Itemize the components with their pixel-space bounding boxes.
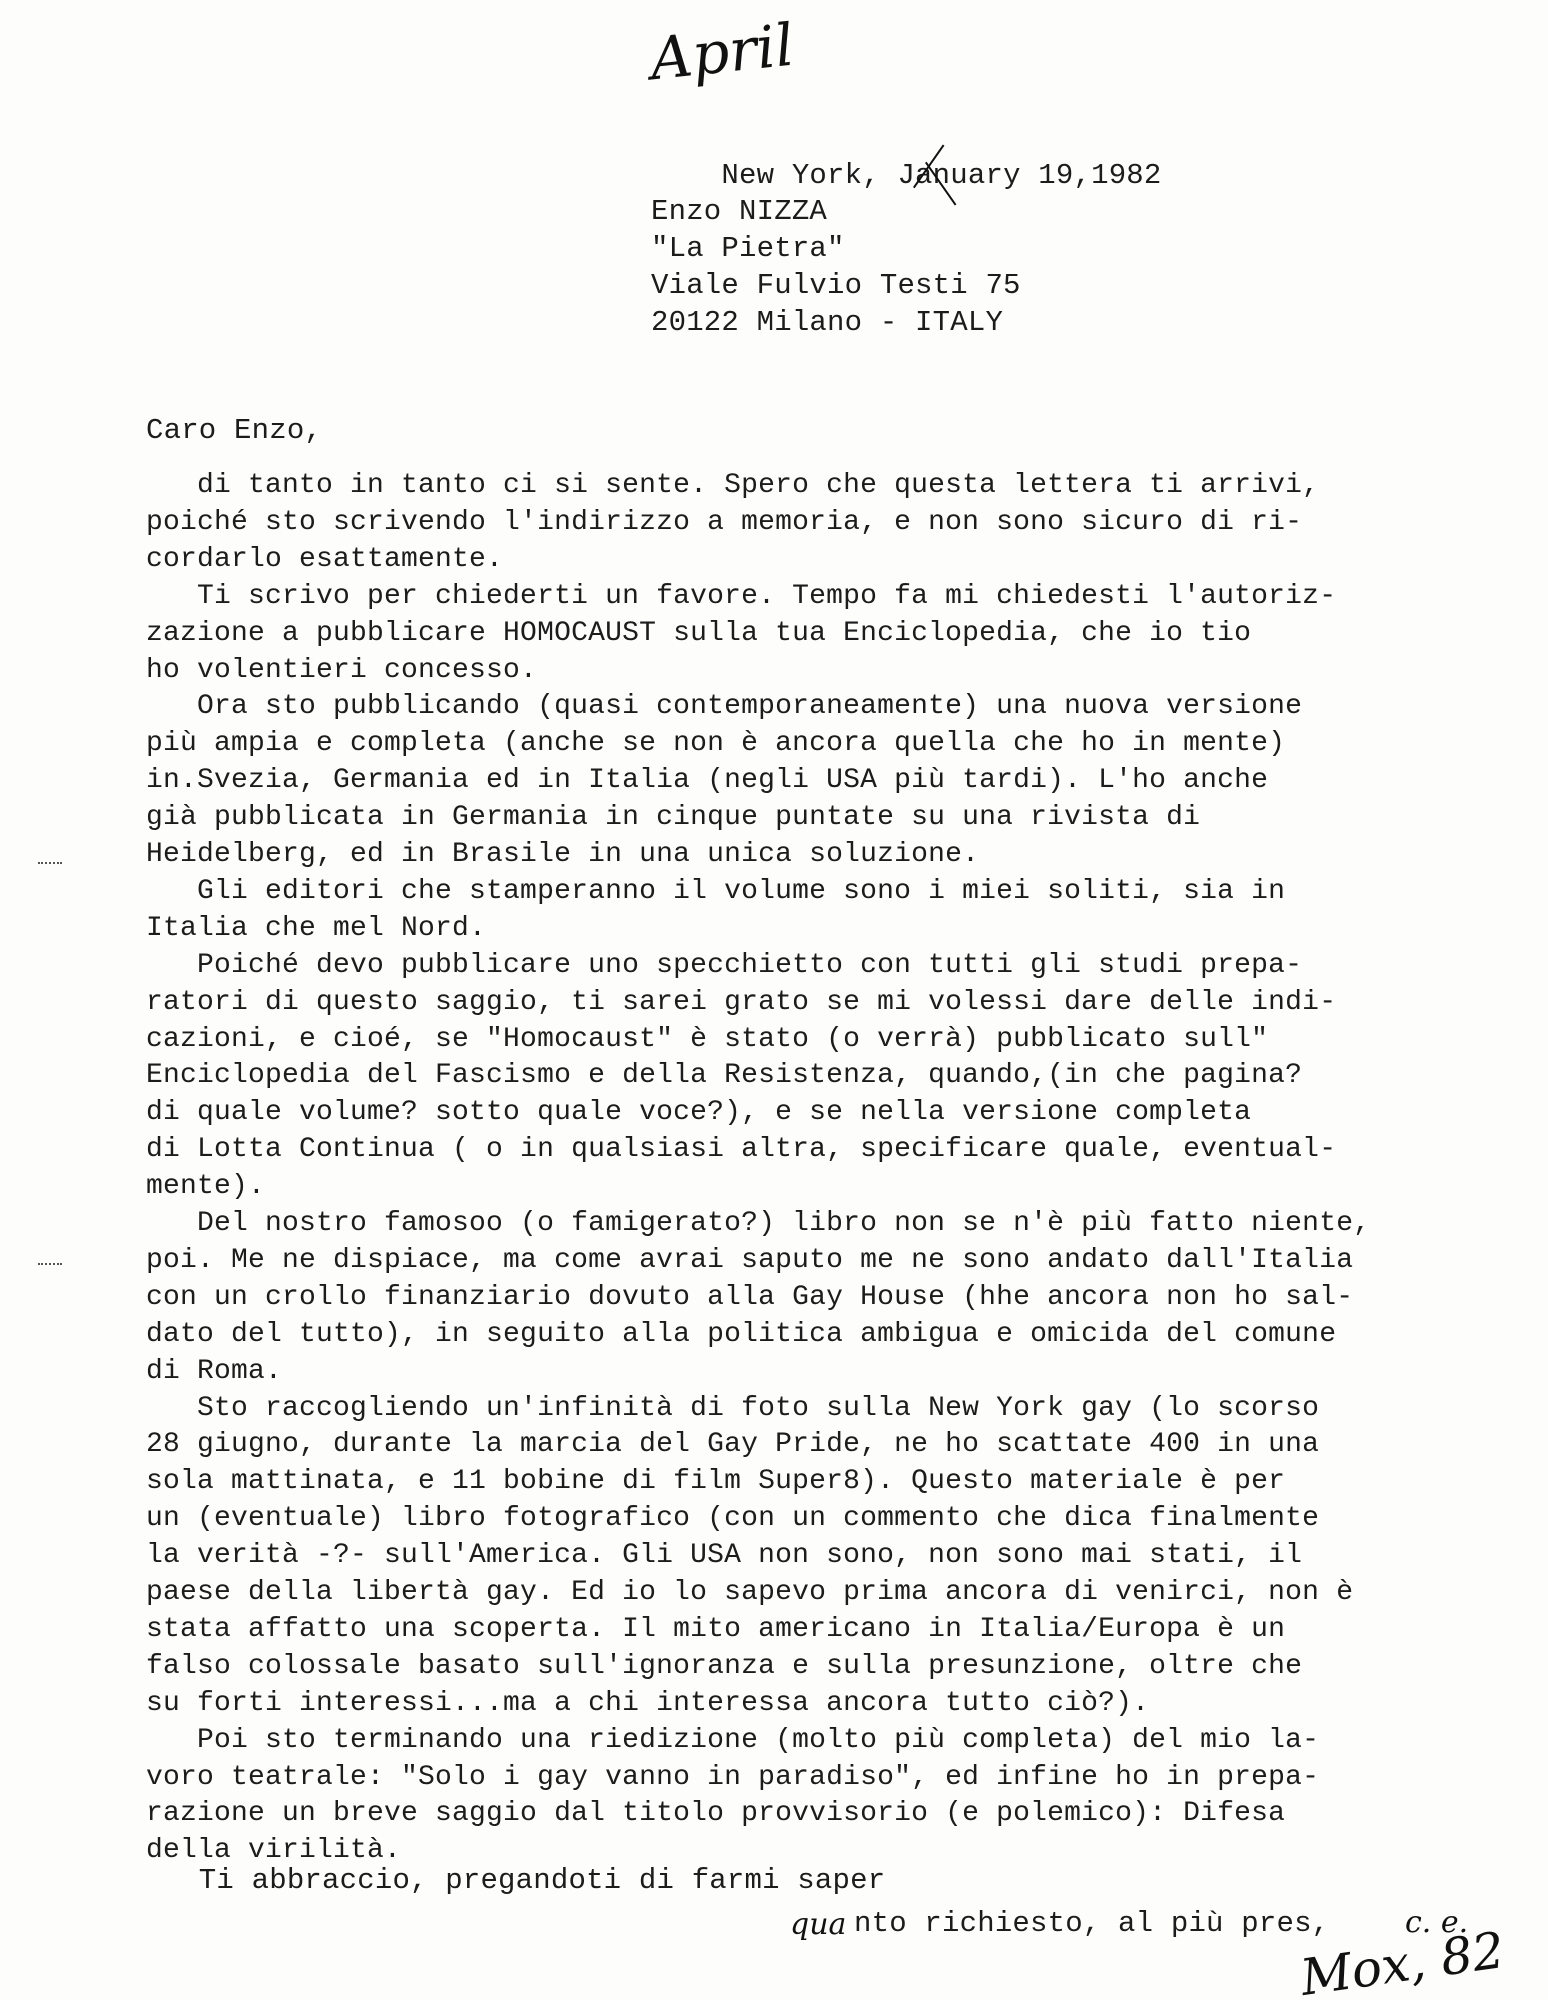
body-line: paese della libertà gay. Ed io lo sapevo… — [146, 1574, 1353, 1611]
recipient-line: 20122 Milano - ITALY — [651, 304, 1003, 341]
body-line: dato del tutto), in seguito alla politic… — [146, 1316, 1336, 1353]
body-line: cazioni, e cioé, se "Homocaust" è stato … — [146, 1021, 1268, 1058]
body-line: di Roma. — [146, 1353, 282, 1390]
handwritten-month-correction: April — [647, 11, 797, 94]
body-line: già pubblicata in Germania in cinque pun… — [146, 799, 1200, 836]
body-line: Ora sto pubblicando (quasi contemporanea… — [146, 688, 1302, 725]
body-line: più ampia e completa (anche se non è anc… — [146, 725, 1285, 762]
salutation: Caro Enzo, — [146, 412, 322, 449]
body-line: 28 giugno, durante la marcia del Gay Pri… — [146, 1426, 1319, 1463]
body-line: Poiché devo pubblicare uno specchietto c… — [146, 947, 1302, 984]
date-place: New York, — [721, 159, 897, 192]
body-line: in.Svezia, Germania ed in Italia (negli … — [146, 762, 1268, 799]
recipient-line: "La Pietra" — [651, 230, 845, 267]
recipient-line: Enzo NIZZA — [651, 193, 827, 230]
body-line: Heidelberg, ed in Brasile in una unica s… — [146, 836, 979, 873]
body-line: zazione a pubblicare HOMOCAUST sulla tua… — [146, 615, 1251, 652]
body-line: di Lotta Continua ( o in qualsiasi altra… — [146, 1131, 1336, 1168]
body-line: poi. Me ne dispiace, ma come avrai saput… — [146, 1242, 1353, 1279]
body-line: stata affatto una scoperta. Il mito amer… — [146, 1611, 1285, 1648]
body-line: poiché sto scrivendo l'indirizzo a memor… — [146, 504, 1302, 541]
body-line: Italia che mel Nord. — [146, 910, 486, 947]
body-line: con un crollo finanziario dovuto alla Ga… — [146, 1279, 1353, 1316]
date-rest: 19,1982 — [1021, 159, 1162, 192]
margin-mark — [38, 1263, 62, 1265]
closing-typed: nto richiesto, al più pres, — [854, 1905, 1329, 1942]
body-line: la verità -?- sull'America. Gli USA non … — [146, 1537, 1302, 1574]
body-line: voro teatrale: "Solo i gay vanno in para… — [146, 1759, 1319, 1796]
body-line: falso colossale basato sull'ignoranza e … — [146, 1648, 1302, 1685]
margin-mark — [38, 862, 62, 864]
letter-page: April New York, January 19,1982 Enzo NIZ… — [0, 0, 1548, 2000]
recipient-line: Viale Fulvio Testi 75 — [651, 267, 1021, 304]
closing-line: Ti abbraccio, pregandoti di farmi saper — [146, 1862, 885, 1899]
handwritten-prefix: qua — [790, 1907, 846, 1942]
body-line: Sto raccogliendo un'infinità di foto sul… — [146, 1390, 1319, 1427]
body-line: un (eventuale) libro fotografico (con un… — [146, 1500, 1319, 1537]
body-line: di quale volume? sotto quale voce?), e s… — [146, 1094, 1251, 1131]
body-line: razione un breve saggio dal titolo provv… — [146, 1795, 1285, 1832]
body-line: Del nostro famosoo (o famigerato?) libro… — [146, 1205, 1370, 1242]
body-line: Poi sto terminando una riedizione (molto… — [146, 1722, 1319, 1759]
body-line: Ti scrivo per chiederti un favore. Tempo… — [146, 578, 1336, 615]
struck-month: January — [897, 157, 1020, 194]
body-line: mente). — [146, 1168, 265, 1205]
body-line: Gli editori che stamperanno il volume so… — [146, 873, 1285, 910]
body-line: ho volentieri concesso. — [146, 652, 537, 689]
body-line: cordarlo esattamente. — [146, 541, 503, 578]
body-line: Enciclopedia del Fascismo e della Resist… — [146, 1057, 1302, 1094]
body-line: su forti interessi...ma a chi interessa … — [146, 1685, 1149, 1722]
body-line: sola mattinata, e 11 bobine di film Supe… — [146, 1463, 1285, 1500]
body-line: di tanto in tanto ci si sente. Spero che… — [146, 467, 1319, 504]
body-line: ratori di questo saggio, ti sarei grato … — [146, 984, 1336, 1021]
